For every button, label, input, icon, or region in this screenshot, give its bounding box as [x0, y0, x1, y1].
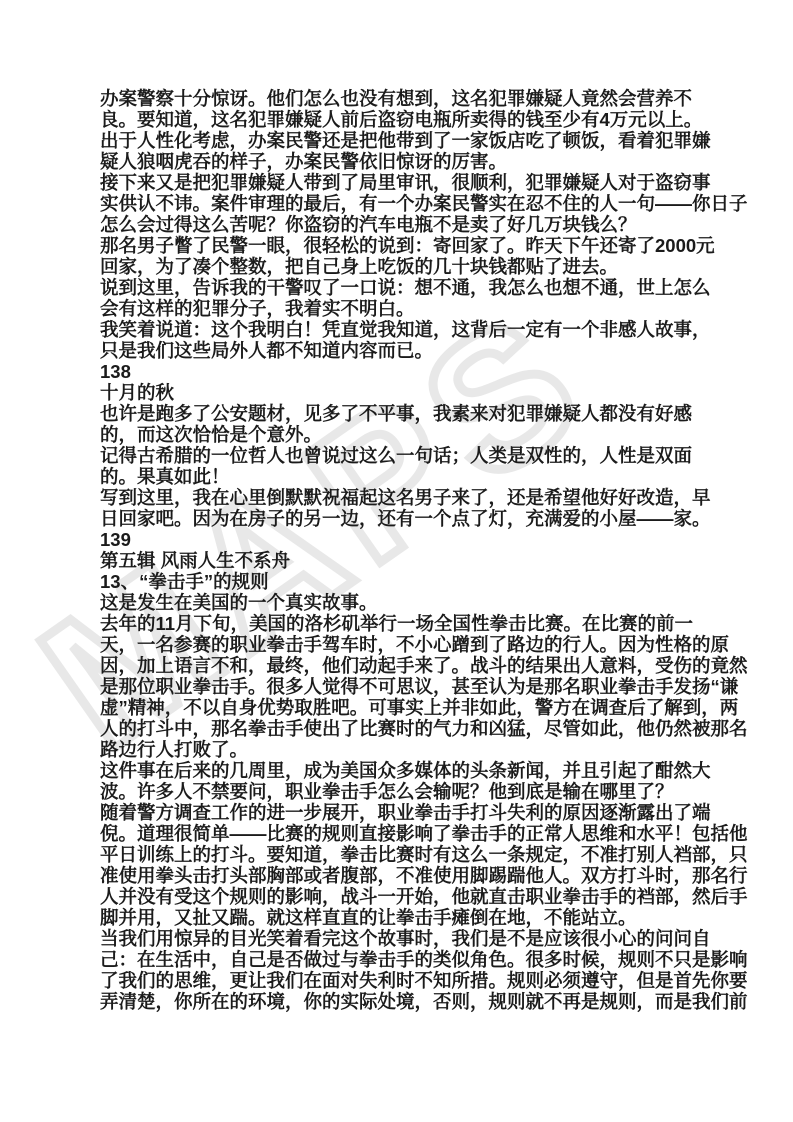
text-line: 波。许多人不禁要问，职业拳击手怎么会输呢？他到底是输在哪里了？ [100, 781, 704, 802]
text-line: 平日训练上的打斗。要知道，拳击比赛时有这么一条规定，不准打别人裆部，只 [100, 844, 704, 865]
text-line: 说到这里，告诉我的干警叹了一口说：想不通，我怎么也想不通，世上怎么 [100, 277, 704, 298]
text-line: 了我们的思维，更让我们在面对失利时不知所措。规则必须遵守，但是首先你要 [100, 970, 704, 991]
text-line: 只是我们这些局外人都不知道内容而已。 [100, 340, 704, 361]
text-line: 路边行人打败了。 [100, 739, 704, 760]
text-line: 出于人性化考虑，办案民警还是把他带到了一家饭店吃了顿饭，看着犯罪嫌 [100, 130, 704, 151]
text-line: 那名男子瞥了民警一眼，很轻松的说到：寄回家了。昨天下午还寄了2000元 [100, 235, 704, 256]
text-line: 接下来又是把犯罪嫌疑人带到了局里审讯，很顺利，犯罪嫌疑人对于盗窃事 [100, 172, 704, 193]
text-line: 当我们用惊异的目光笑着看完这个故事时，我们是不是应该很小心的问问自 [100, 928, 704, 949]
chapter-heading: 13、“拳击手”的规则 [100, 571, 704, 592]
text-line: 良。要知道，这名犯罪嫌疑人前后盗窃电瓶所卖得的钱至少有4万元以上。 [100, 109, 704, 130]
text-line: 会有这样的犯罪分子，我着实不明白。 [100, 298, 704, 319]
text-line: 这件事在后来的几周里，成为美国众多媒体的头条新闻，并且引起了酣然大 [100, 760, 704, 781]
text-line: 人的打斗中，那名拳击手使出了比赛时的气力和凶猛，尽管如此，他仍然被那名 [100, 718, 704, 739]
section-heading: 第五辑 风雨人生不系舟 [100, 550, 704, 571]
text-line: 倪。道理很简单——比赛的规则直接影响了拳击手的正常人思维和水平！包括他 [100, 823, 704, 844]
text-block: 办案警察十分惊讶。他们怎么也没有想到，这名犯罪嫌疑人竟然会营养不 良。要知道，这… [100, 88, 704, 1012]
text-line: 脚并用，又扯又踹。就这样直直的让拳击手瘫倒在地，不能站立。 [100, 907, 704, 928]
text-line: 记得古希腊的一位哲人也曾说过这么一句话；人类是双性的，人性是双面 [100, 445, 704, 466]
text-line: 办案警察十分惊讶。他们怎么也没有想到，这名犯罪嫌疑人竟然会营养不 [100, 88, 704, 109]
text-line: 十月的秋 [100, 382, 704, 403]
text-line: 日回家吧。因为在房子的另一边，还有一个点了灯，充满爱的小屋——家。 [100, 508, 704, 529]
text-line: 疑人狼咽虎吞的样子，办案民警依旧惊讶的厉害。 [100, 151, 704, 172]
text-line: 实供认不讳。案件审理的最后，有一个办案民警实在忍不住的人一句——你日子 [100, 193, 704, 214]
text-line: 怎么会过得这么苦呢？你盗窃的汽车电瓶不是卖了好几万块钱么？ [100, 214, 704, 235]
text-line: 天，一名参赛的职业拳击手驾车时，不小心蹭到了路边的行人。因为性格的原 [100, 634, 704, 655]
text-line: 弄清楚，你所在的环境，你的实际处境，否则，规则就不再是规则，而是我们前 [100, 991, 704, 1012]
text-line: 人并没有受这个规则的影响，战斗一开始，他就直击职业拳击手的裆部，然后手 [100, 886, 704, 907]
text-line: 随着警方调查工作的进一步展开，职业拳击手打斗失利的原因逐渐露出了端 [100, 802, 704, 823]
text-line: 也许是跑多了公安题材，见多了不平事，我素来对犯罪嫌疑人都没有好感 [100, 403, 704, 424]
text-line: 去年的11月下旬，美国的洛杉矶举行一场全国性拳击比赛。在比赛的前一 [100, 613, 704, 634]
text-line: 虚”精神，不以自身优势取胜吧。可事实上并非如此，警方在调查后了解到，两 [100, 697, 704, 718]
document-page: MAPS 办案警察十分惊讶。他们怎么也没有想到，这名犯罪嫌疑人竟然会营养不 良。… [0, 0, 793, 1122]
text-line: 的，而这次恰恰是个意外。 [100, 424, 704, 445]
text-line: 这是发生在美国的一个真实故事。 [100, 592, 704, 613]
text-line: 己：在生活中，自己是否做过与拳击手的类似角色。很多时候，规则不只是影响 [100, 949, 704, 970]
text-line: 因，加上语言不和，最终，他们动起手来了。战斗的结果出人意料，受伤的竟然 [100, 655, 704, 676]
text-line: 回家，为了凑个整数，把自己身上吃饭的几十块钱都贴了进去。 [100, 256, 704, 277]
text-line: 准使用拳头击打头部胸部或者腹部，不准使用脚踢踹他人。双方打斗时，那名行 [100, 865, 704, 886]
text-line: 我笑着说道：这个我明白！凭直觉我知道，这背后一定有一个非感人故事， [100, 319, 704, 340]
text-line: 的。果真如此！ [100, 466, 704, 487]
text-line: 写到这里，我在心里倒默默祝福起这名男子来了，还是希望他好好改造，早 [100, 487, 704, 508]
page-number: 138 [100, 361, 704, 382]
text-line: 是那位职业拳击手。很多人觉得不可思议，甚至认为是那名职业拳击手发扬“谦 [100, 676, 704, 697]
page-number: 139 [100, 529, 704, 550]
